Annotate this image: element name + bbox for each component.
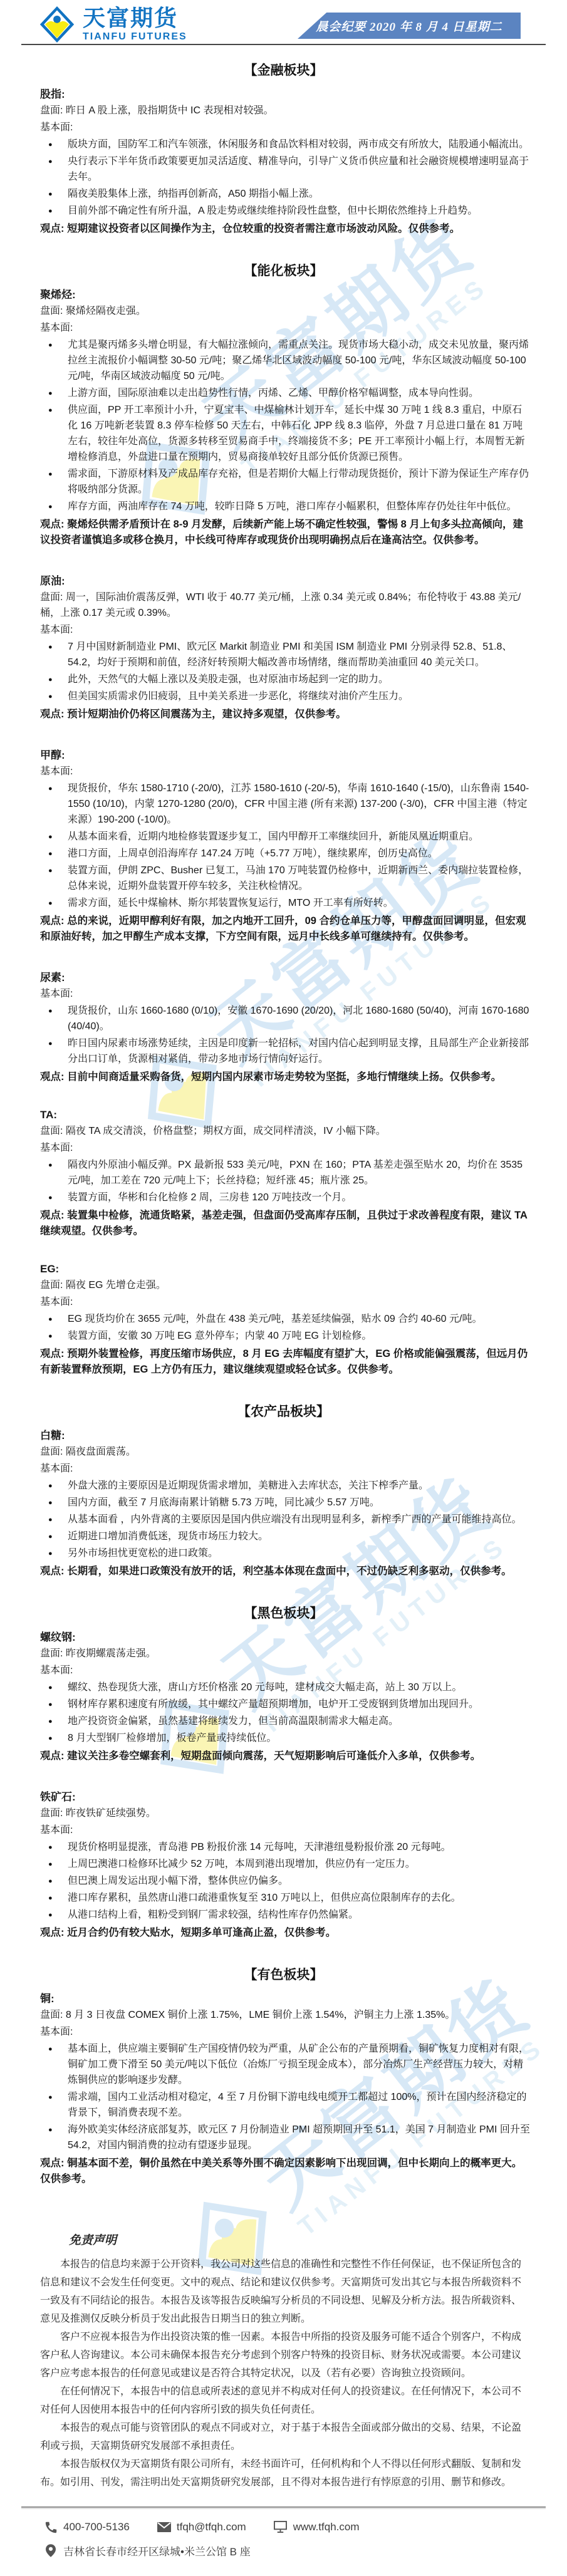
section-title: 【农产品板块】 [0,1401,567,1420]
view-line: 观点: 目前中间商适量采购备货，短期内国内尿素市场走势较为坚挺，多地行情继续上扬… [40,1069,531,1085]
product-name: 尿素: [40,969,531,984]
bullet-item: 港口方面，上周卓创沿海库存 147.24 万吨（+5.77 万吨），继续累库，创… [40,846,531,861]
product-name: 甲醇: [40,746,531,762]
pan-line: 盘面: 周一，国际油价震荡反弹，WTI 收于 40.77 美元/桶，上涨 0.3… [40,589,531,621]
location-pin-icon [44,2544,58,2558]
bullet-item: 上周巴澳港口检修环比减少 52 万吨，本周到港出现增加，供应仍有一定压力。 [40,1856,531,1872]
view-line: 观点: 预计短期油价仍将区间震荡为主，建议持多观望，仅供参考。 [40,707,531,722]
website-url: www.tfqh.com [293,2521,360,2533]
bullet-item: 现货报价，山东 1660-1680 (0/10)，安徽 1670-1690 (2… [40,1003,531,1034]
base-label: 基本面: [40,1294,531,1310]
bullet-item: 装置方面，安徽 30 万吨 EG 意外停车；内蒙 40 万吨 EG 计划检修。 [40,1328,531,1344]
bullet-item: 海外欧美实体经济底部复苏，欧元区 7 月份制造业 PMI 超预期回升至 51.1… [40,2122,531,2153]
bullet-item: 需求方面，延长中煤榆林、斯尔邦装置恢复运行，MTO 开工率有所好转。 [40,895,531,911]
product-name: 螺纹钢: [40,1628,531,1644]
bullet-item: 现货报价，华东 1580-1710 (-20/0)，江苏 1580-1610 (… [40,781,531,828]
pan-line: 盘面: 隔夜 EG 先增仓走强。 [40,1277,531,1293]
base-label: 基本面: [40,1461,531,1477]
company-name-cn: 天富期货 [83,6,187,30]
pan-line: 盘面: 昨夜期螺震荡走强。 [40,1646,531,1661]
logo-diamond-icon [39,5,75,44]
bullet-list: 7 月中国财新制造业 PMI、欧元区 Markit 制造业 PMI 和美国 IS… [40,639,531,704]
product-block: 股指:盘面: 昨日 A 股上涨，股指期货中 IC 表现相对较强。基本面:版块方面… [0,85,567,237]
product-name: EG: [40,1263,531,1275]
contact-phone: 400-700-5136 [44,2520,130,2534]
product-block: 聚烯烃:盘面: 聚烯烃隔夜走强。基本面:尤其是聚丙烯多头增仓明显，有大幅拉涨倾向… [0,286,567,548]
bullet-item: 基本面上，供应端主要铜矿生产国疫情仍较为严重，从矿企公布的产量预期看，铜矿恢复力… [40,2041,531,2088]
bullet-item: 从港口结构上看，粗粉受到钢厂需求较强，结构性库存仍然偏紧。 [40,1907,531,1923]
view-line: 观点: 短期建议投资者以区间操作为主，仓位较重的投资者需注意市场波动风险。仅供参… [40,221,531,237]
base-label: 基本面: [40,1140,531,1156]
pan-line: 盘面: 隔夜盘面震荡。 [40,1444,531,1460]
product-block: TA:盘面: 隔夜 TA 成交清淡，价格盘整；期权方面，成交同样清淡，IV 小幅… [0,1109,567,1239]
product-name: 铁矿石: [40,1788,531,1804]
bullet-item: 需求面，下游原材料及产成品库存充裕，但是若期价大幅上行带动现货挺价，预计下游为保… [40,466,531,497]
view-line: 观点: 建议关注多卷空螺套利，短期盘面倾向震荡，天气短期影响后可逢低介入多单，仅… [40,1748,531,1764]
pan-line: 盘面: 8 月 3 日夜盘 COMEX 铜价上涨 1.75%，LME 铜价上涨 … [40,2007,531,2023]
product-block: 铜:盘面: 8 月 3 日夜盘 COMEX 铜价上涨 1.75%，LME 铜价上… [0,1990,567,2187]
base-label: 基本面: [40,1822,531,1838]
bullet-item: 国内方面，截至 7 月底海南累计销糖 5.73 万吨，同比减少 5.57 万吨。 [40,1495,531,1510]
bullet-list: 现货价格明显提涨，青岛港 PB 粉报价涨 14 元每吨，天津港纽曼粉报价涨 20… [40,1839,531,1923]
base-label: 基本面: [40,986,531,1002]
website-monitor-icon [274,2520,288,2534]
bullet-list: EG 现货均价在 3655 元/吨，外盘在 438 美元/吨，基差延续偏强，贴水… [40,1311,531,1344]
base-label: 基本面: [40,2024,531,2040]
bullet-list: 现货报价，山东 1660-1680 (0/10)，安徽 1670-1690 (2… [40,1003,531,1067]
bullet-item: 隔夜内外原油小幅反弹。PX 最新报 533 美元/吨，PXN 在 160；PTA… [40,1157,531,1188]
disclaimer-title: 免责声明 [69,2231,531,2248]
product-block: 甲醇:基本面:现货报价，华东 1580-1710 (-20/0)，江苏 1580… [0,746,567,945]
bullet-list: 外盘大涨的主要原因是近期现货需求增加，美糖进入去库状态，关注下榨季产量。国内方面… [40,1478,531,1561]
bullet-item: 供应面，PP 开工率预计小升，宁夏宝丰、中煤榆林计划开车，延长中煤 30 万吨 … [40,402,531,465]
product-name: 铜: [40,1990,531,2005]
product-block: 白糖:盘面: 隔夜盘面震荡。基本面:外盘大涨的主要原因是近期现货需求增加，美糖进… [0,1426,567,1579]
disclaimer-paragraph: 本报告的观点可能与资管团队的观点不同或对立，对于基于本报告全面或部分做出的交易、… [40,2419,531,2455]
report-content: 【金融板块】股指:盘面: 昨日 A 股上涨，股指期货中 IC 表现相对较强。基本… [0,60,567,2187]
phone-icon [44,2520,58,2534]
header-divider [21,44,546,45]
bullet-item: 8 月大型钢厂检修增加，板卷产量或持续低位。 [40,1730,531,1746]
bullet-list: 隔夜内外原油小幅反弹。PX 最新报 533 美元/吨，PXN 在 160；PTA… [40,1157,531,1205]
base-label: 基本面: [40,1663,531,1678]
company-address: 吉林省长春市经开区绿城•米兰公馆 B 座 [63,2543,251,2558]
disclaimer-paragraph: 本报告版权仅为天富期货有限公司所有，未经书面许可，任何机构和个人不得以任何形式翻… [40,2455,531,2491]
product-name: 原油: [40,572,531,588]
bullet-item: 装置方面，华彬和台化检修 2 周，三房巷 120 万吨技改一个月。 [40,1190,531,1205]
bullet-item: 近期进口增加消费低迷，现货市场压力较大。 [40,1529,531,1544]
bullet-item: 上游方面，国际原油难以走出趋势性行情，丙烯、乙烯、甲醇价格窄幅调整，成本导向性弱… [40,385,531,401]
bullet-list: 现货报价，华东 1580-1710 (-20/0)，江苏 1580-1610 (… [40,781,531,911]
contact-website: www.tfqh.com [274,2520,360,2534]
bullet-item: 装置方面，伊朗 ZPC、Busher 已复工，马油 170 万吨装置仍检修中，近… [40,863,531,894]
disclaimer-paragraph: 本报告的信息均来源于公开资料，我公司对这些信息的准确性和完整性不作任何保证，也不… [40,2255,531,2328]
company-logo: 天富期货 TIANFU FUTURES [39,5,187,44]
product-name: 股指: [40,85,531,101]
bullet-item: EG 现货均价在 3655 元/吨，外盘在 438 美元/吨，基差延续偏强，贴水… [40,1311,531,1327]
bullet-item: 隔夜美股集体上涨，纳指再创新高，A50 期指小幅上涨。 [40,186,531,202]
product-name: 白糖: [40,1426,531,1442]
bullet-item: 从基本面来看，近期内地检修装置逐步复工，国内甲醇开工率继续回升，新能凤凰近期重启… [40,829,531,844]
bullet-list: 螺纹、热卷现货大涨，唐山方坯价格涨 20 元每吨，建材成交大幅走高，站上 30 … [40,1680,531,1746]
report-page: 天富期货TIANFU FUTURES 天富期货TIANFU FUTURES 天富… [0,0,567,2576]
bullet-item: 版块方面，国防军工和汽车领涨，休闲服务和食品饮料相对较弱，两市成交有所放大，陆股… [40,137,531,152]
contact-row-address: 吉林省长春市经开区绿城•米兰公馆 B 座 [44,2543,567,2558]
bullet-item: 地产投资资金偏紧，虽然基建将继续发力，但当前高温限制需求大幅走高。 [40,1713,531,1729]
contact-footer: 400-700-5136 tfqh@tfqh.com www.tfqh.com [0,2509,567,2576]
view-line: 观点: 聚烯烃供需矛盾预计在 8-9 月发酵，后续新产能上场不确定性较强，警惕 … [40,517,531,548]
view-line: 观点: 近月合约仍有较大贴水，短期多单可逢高止盈，仅供参考。 [40,1925,531,1941]
report-date-text: 晨会纪要 2020 年 8 月 4 日星期二 [316,18,502,34]
bullet-item: 尤其是聚丙烯多头增仓明显，有大幅拉涨倾向，需重点关注。现货市场大稳小动，成交未见… [40,337,531,384]
bullet-item: 此外，天然气的大幅上涨以及美股走强，也对原油市场起到一定的助力。 [40,672,531,687]
section-title: 【黑色板块】 [0,1603,567,1622]
bullet-item: 外盘大涨的主要原因是近期现货需求增加，美糖进入去库状态，关注下榨季产量。 [40,1478,531,1493]
pan-line: 盘面: 昨日 A 股上涨，股指期货中 IC 表现相对较强。 [40,103,531,118]
bullet-item: 目前外部不确定性有所升温，A 股走势或继续维持阶段性盘整，但中长期依然维持上升趋… [40,203,531,219]
pan-line: 盘面: 隔夜 TA 成交清淡，价格盘整；期权方面，成交同样清淡，IV 小幅下降。 [40,1123,531,1139]
bullet-list: 尤其是聚丙烯多头增仓明显，有大幅拉涨倾向，需重点关注。现货市场大稳小动，成交未见… [40,337,531,514]
product-block: 原油:盘面: 周一，国际油价震荡反弹，WTI 收于 40.77 美元/桶，上涨 … [0,572,567,722]
bullet-item: 港口库存累积，虽然唐山港口疏港重恢复至 310 万吨以上，但供应高位限制库存的去… [40,1890,531,1906]
disclaimer-paragraph: 客户不应视本报告为作出投资决策的惟一因素。本报告中所指的投资及服务可能不适合个别… [40,2328,531,2382]
bullet-item: 钢材库存累积速度有所放缓，其中螺纹产量超预期增加，电炉开工受废钢到货增加出现回升… [40,1696,531,1712]
disclaimer-body: 本报告的信息均来源于公开资料，我公司对这些信息的准确性和完整性不作任何保证，也不… [40,2255,531,2491]
bullet-item: 从基本面看 ，内外背离的主要原因是国内供应端没有出现明显利多，新榨季广西的产量可… [40,1512,531,1527]
bullet-item: 库存方面，两油库存在 74 万吨，较昨日降 5 万吨，港口库存小幅累积，但整体库… [40,499,531,514]
bullet-item: 需求端，国内工业活动相对稳定，4 至 7 月份铜下游电线电缆开工都超过 100%… [40,2089,531,2121]
product-block: 螺纹钢:盘面: 昨夜期螺震荡走强。基本面:螺纹、热卷现货大涨，唐山方坯价格涨 2… [0,1628,567,1764]
product-block: 铁矿石:盘面: 昨夜铁矿延续强势。基本面:现货价格明显提涨，青岛港 PB 粉报价… [0,1788,567,1941]
bullet-item: 央行表示下半年货币政策要更加灵活适度、精准导向，引导广义货币供应量和社会融资规模… [40,153,531,185]
contact-email: tfqh@tfqh.com [157,2520,246,2534]
product-name: 聚烯烃: [40,286,531,301]
bullet-item: 另外市场担忧更宽松的进口政策。 [40,1545,531,1561]
view-line: 观点: 长期看，如果进口政策没有放开的话，利空基本体现在盘面中，不过仍缺乏利多驱… [40,1564,531,1579]
base-label: 基本面: [40,622,531,638]
view-line: 观点: 铜基本面不差，铜价虽然在中美关系等外围不确定因素影响下出现回调，但中长期… [40,2156,531,2187]
bullet-item: 7 月中国财新制造业 PMI、欧元区 Markit 制造业 PMI 和美国 IS… [40,639,531,670]
phone-number: 400-700-5136 [63,2521,130,2533]
bullet-item: 螺纹、热卷现货大涨，唐山方坯价格涨 20 元每吨，建材成交大幅走高，站上 30 … [40,1680,531,1695]
disclaimer-section: 免责声明 本报告的信息均来源于公开资料，我公司对这些信息的准确性和完整性不作任何… [0,2211,567,2491]
section-title: 【有色板块】 [0,1965,567,1983]
product-name: TA: [40,1109,531,1121]
section-title: 【能化板块】 [0,261,567,279]
base-label: 基本面: [40,320,531,336]
view-line: 观点: 装置集中检修，流通货略紧，基差走强，但盘面仍受高库存压制，且供过于求改善… [40,1208,531,1239]
contact-row-primary: 400-700-5136 tfqh@tfqh.com www.tfqh.com [44,2520,567,2534]
bullet-item: 但美国实质需求仍旧疲弱，且中美关系进一步恶化，将继续对油价产生压力。 [40,688,531,704]
base-label: 基本面: [40,764,531,779]
view-line: 观点: 总的来说，近期甲醇利好有限，加之内地开工回升，09 合约仓单压力等，甲醇… [40,913,531,945]
product-block: EG:盘面: 隔夜 EG 先增仓走强。基本面:EG 现货均价在 3655 元/吨… [0,1263,567,1378]
product-block: 尿素:基本面:现货报价，山东 1660-1680 (0/10)，安徽 1670-… [0,969,567,1085]
company-name-en: TIANFU FUTURES [83,31,187,43]
bullet-item: 现货价格明显提涨，青岛港 PB 粉报价涨 14 元每吨，天津港纽曼粉报价涨 20… [40,1839,531,1855]
pan-line: 盘面: 聚烯烃隔夜走强。 [40,303,531,319]
base-label: 基本面: [40,120,531,135]
section-title: 【金融板块】 [0,60,567,79]
pan-line: 盘面: 昨夜铁矿延续强势。 [40,1805,531,1821]
email-address: tfqh@tfqh.com [177,2521,246,2533]
report-date-banner: 晨会纪要 2020 年 8 月 4 日星期二 [298,13,521,39]
disclaimer-paragraph: 在任何情况下，本报告中的信息或所表述的意见并不构成对任何人的投资建议。在任何情况… [40,2382,531,2419]
contact-address: 吉林省长春市经开区绿城•米兰公馆 B 座 [44,2543,251,2558]
email-icon [157,2520,171,2534]
bullet-list: 基本面上，供应端主要铜矿生产国疫情仍较为严重，从矿企公布的产量预期看，铜矿恢复力… [40,2041,531,2153]
bullet-item: 昨日国内尿素市场涨势延续，主因是印度新一轮招标，对国内信心起到明显支撑，且局部生… [40,1036,531,1067]
view-line: 观点: 预期外装置检修，再度压缩市场供应，8 月 EG 去库幅度有望扩大，EG … [40,1346,531,1378]
bullet-item: 但巴澳上周发运出现小幅下滑，整体供应仍偏多。 [40,1873,531,1889]
report-header: 天富期货 TIANFU FUTURES 晨会纪要 2020 年 8 月 4 日星… [0,0,567,44]
bullet-list: 版块方面，国防军工和汽车领涨，休闲服务和食品饮料相对较弱，两市成交有所放大，陆股… [40,137,531,219]
